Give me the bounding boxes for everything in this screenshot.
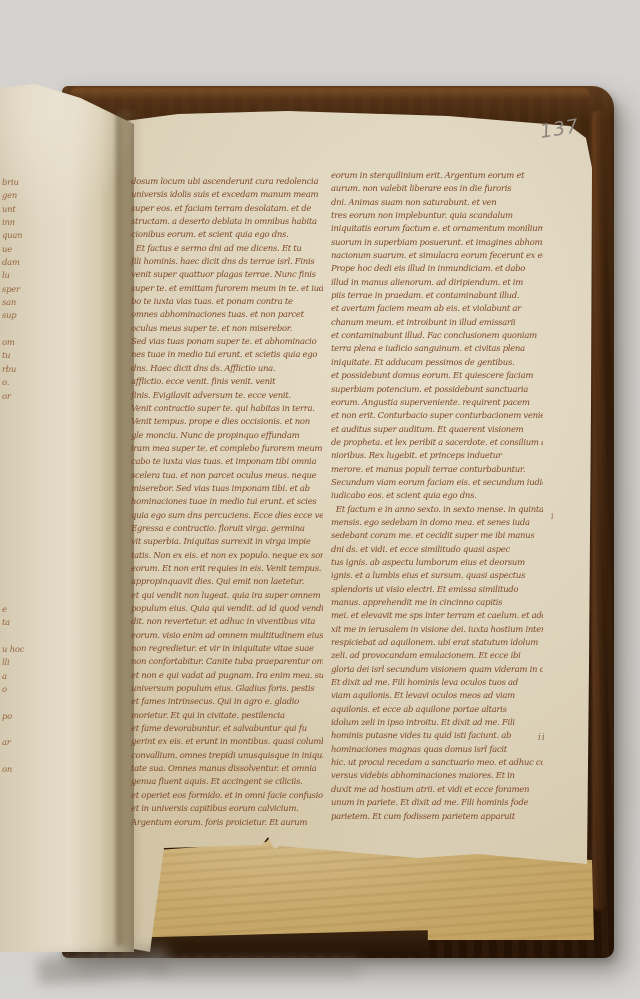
fragment-line: ta: [2, 616, 62, 629]
leather-top-edge: [70, 88, 590, 102]
fragment-line: om: [2, 336, 62, 349]
fragment-line: lu: [2, 269, 62, 282]
photo-background: briugenuntinnquanuedamluspersansup omtur…: [0, 0, 640, 999]
manuscript-line: Et dixit ad me. Fili hominis leva oculos…: [331, 677, 543, 690]
fragment-line: [2, 563, 62, 576]
fragment-line: inn: [2, 216, 62, 229]
manuscript-line: versus videbis abhominaciones maiores. E…: [331, 770, 543, 783]
manuscript-line: et non erit. Conturbacio super conturbac…: [331, 410, 543, 423]
fragment-line: [2, 496, 62, 509]
manuscript-line: eorum. visio enim ad omnem multitudinem …: [131, 630, 323, 643]
manuscript-line: non regredietur. et vir in iniquitate vi…: [131, 643, 323, 656]
fragment-line: [2, 750, 62, 763]
fragment-line: lli: [2, 656, 62, 669]
manuscript-line: et possidebunt domus eorum. Et quiescere…: [331, 370, 543, 383]
manuscript-line: hominaciones magnas quas domus isrl faci…: [331, 744, 543, 757]
manuscript-line: convallium. omnes trepidi unusquisque in…: [131, 750, 323, 763]
photo-of-manuscript: { "photo": { "folio_number": "137", "mar…: [0, 0, 640, 999]
manuscript-line: et in universis capitibus eorum calviciu…: [131, 803, 323, 816]
fragment-line: rbu: [2, 363, 62, 376]
manuscript-line: hic. ut procul recedam a sanctuario meo.…: [331, 757, 543, 770]
manuscript-line: piis terrae in praedam. et contaminabunt…: [331, 290, 543, 303]
fragment-line: o.: [2, 376, 62, 389]
fragment-line: a: [2, 670, 62, 683]
manuscript-line: gle monciu. Nunc de propinquo effundam: [131, 430, 323, 443]
fragment-line: po: [2, 710, 62, 723]
fragment-line: on: [2, 763, 62, 776]
fragment-line: [2, 470, 62, 483]
manuscript-line: manus. apprehendit me in cincinno capiti…: [331, 597, 543, 610]
manuscript-line: vit superbia. Iniquitas surrexit in virg…: [131, 536, 323, 549]
manuscript-line: tres eorum non implebuntur. quia scandal…: [331, 210, 543, 223]
cast-shadow: [150, 958, 360, 976]
manuscript-line: superbiam potencium. et possidebunt sanc…: [331, 384, 543, 397]
manuscript-line: hominaciones tuae in medio tui erunt. et…: [131, 496, 323, 509]
fragment-line: briu: [2, 176, 62, 189]
manuscript-line: et contaminabunt illud. Fac conclusionem…: [331, 330, 543, 343]
manuscript-line: et operiet eos formido. et in omni facie…: [131, 790, 323, 803]
manuscript-line: splendoris ut visio electri. Et emissa s…: [331, 584, 543, 597]
manuscript-line: et avertam faciem meam ab eis. et violab…: [331, 303, 543, 316]
fragment-line: sper: [2, 283, 62, 296]
manuscript-line: terra plena e iudicio sanguinum. et civi…: [331, 343, 543, 356]
fragment-line: [2, 443, 62, 456]
fragment-line: ue: [2, 243, 62, 256]
fragment-line: dam: [2, 256, 62, 269]
manuscript-line: de propheta. et lex peribit a sacerdote.…: [331, 437, 543, 450]
manuscript-line: sedebant coram me. et cecidit super me i…: [331, 530, 543, 543]
manuscript-line: Prope hoc dedi eis illud in inmundiciam.…: [331, 263, 543, 276]
manuscript-line: tate sua. Omnes manus dissolventur. et o…: [131, 763, 323, 776]
manuscript-line: eorum in sterquilinium erit. Argentum eo…: [331, 170, 543, 183]
manuscript-line: dni. Animas suam non saturabunt. et ven: [331, 197, 543, 210]
manuscript-line: cabo te iuxta vias tuas. et imponam tibi…: [131, 456, 323, 469]
manuscript-line: aurum. non valebit liberare eos in die f…: [331, 183, 543, 196]
fragment-line: o: [2, 683, 62, 696]
fragment-line: sup: [2, 309, 62, 322]
fragment-line: e: [2, 603, 62, 616]
previous-page-text-fragments: briugenuntinnquanuedamluspersansup omtur…: [2, 176, 62, 817]
manuscript-line: nes tuae in medio tui erunt. et scietis …: [131, 349, 323, 362]
manuscript-line: morietur. Et qui in civitate. pestilenci…: [131, 710, 323, 723]
manuscript-line: eorum. Angustia superveniente. requirent…: [331, 397, 543, 410]
manuscript-line: mensis. ego sedebam in domo mea. et sene…: [331, 517, 543, 530]
manuscript-line: iram mea super te. et complebo furorem m…: [131, 443, 323, 456]
leather-right-edge: [592, 110, 606, 910]
fragment-line: tu: [2, 349, 62, 362]
manuscript-line: iniquitatis eorum factum e. et ornamentu…: [331, 223, 543, 236]
manuscript-line: Venit tempus. prope e dies occisionis. e…: [131, 416, 323, 429]
fragment-line: [2, 416, 62, 429]
manuscript-line: Argentum eorum. foris proicietur. Et aur…: [131, 817, 323, 830]
fragment-line: san: [2, 296, 62, 309]
fragment-line: [2, 510, 62, 523]
manuscript-line: iudicabo eos. et scient quia ego dns.: [331, 490, 543, 503]
manuscript-line: fili hominis. haec dicit dns ds terrae i…: [131, 256, 323, 269]
manuscript-line: populum eius. Quia qui vendit. ad id quo…: [131, 603, 323, 616]
fragment-line: u hoc: [2, 643, 62, 656]
manuscript-line: aquilonis. et ecce ab aquilone portae al…: [331, 704, 543, 717]
manuscript-line: dns. Haec dicit dns ds. Afflictio una.: [131, 363, 323, 376]
manuscript-line: oculus meus super te. et non miserebor.: [131, 323, 323, 336]
fragment-line: [2, 723, 62, 736]
manuscript-line: quia ego sum dns percuciens. Ecce dies e…: [131, 510, 323, 523]
manuscript-line: dosum locum ubi ascenderunt cura redolen…: [131, 176, 323, 189]
manuscript-line: et non e qui vadat ad pugnam. Ira enim m…: [131, 670, 323, 683]
manuscript-line: et fames intrinsecus. Qui in agro e. gla…: [131, 696, 323, 709]
fragment-line: [2, 576, 62, 589]
manuscript-line: super te. et emittam furorem meum in te.…: [131, 283, 323, 296]
manuscript-line: hominis putasne vides tu quid isti faciu…: [331, 730, 543, 743]
fragment-line: [2, 803, 62, 816]
manuscript-line: cionibus eorum. et scient quia ego dns.: [131, 229, 323, 242]
fragment-line: [2, 323, 62, 336]
margin-mark-upper: i: [551, 512, 554, 521]
manuscript-line: et auditus super auditum. Et quaerent vi…: [331, 424, 543, 437]
fragment-line: quan: [2, 229, 62, 242]
manuscript-line: mei. et elevavit me sps inter terram et …: [331, 610, 543, 623]
manuscript-line: merore. et manus populi terrae conturbab…: [331, 464, 543, 477]
manuscript-line: suorum in superbiam posuerunt. et imagin…: [331, 237, 543, 250]
manuscript-line: omnes abhominaciones tuas. et non parcet: [131, 309, 323, 322]
manuscript-line: parietem. Et cum fodissem parietem appar…: [331, 811, 543, 824]
fragment-line: [2, 456, 62, 469]
manuscript-line: scelera tua. et non parcet oculus meus. …: [131, 470, 323, 483]
manuscript-line: chanum meum. et introibunt in illud emis…: [331, 317, 543, 330]
text-column-left: dosum locum ubi ascenderunt cura redolen…: [131, 176, 323, 836]
manuscript-line: gloria dei isrl secundum visionem quam v…: [331, 664, 543, 677]
manuscript-line: idolum zeli in ipso introitu. Et dixit a…: [331, 717, 543, 730]
fragment-line: [2, 696, 62, 709]
manuscript-line: zeli. ad provocandam emulacionem. Et ecc…: [331, 650, 543, 663]
manuscript-line: et qui vendit non lugeat. quia ira super…: [131, 590, 323, 603]
manuscript-line: duxit me ad hostium atrii. et vidi et ec…: [331, 784, 543, 797]
manuscript-line: miserebor. Sed vias tuas imponam tibi. e…: [131, 483, 323, 496]
margin-mark-lower: ii: [538, 733, 546, 743]
manuscript-line: Venit contractio super te. qui habitas i…: [131, 403, 323, 416]
fragment-line: [2, 403, 62, 416]
manuscript-line: tus ignis. ab aspectu lumborum eius et d…: [331, 557, 543, 570]
fragment-line: [2, 523, 62, 536]
manuscript-line: nioribus. Rex lugebit. et princeps indue…: [331, 450, 543, 463]
manuscript-line: iniquitate. Et adducam pessimos de genti…: [331, 357, 543, 370]
manuscript-line: et fame devorabuntur. et salvabuntur qui…: [131, 723, 323, 736]
manuscript-line: structam. a deserto deblata in omnibus h…: [131, 216, 323, 229]
manuscript-line: tatis. Non ex eis. et non ex populo. neq…: [131, 550, 323, 563]
manuscript-line: ignis. et a lumbis eius et sursum. quasi…: [331, 570, 543, 583]
manuscript-line: unum in pariete. Et dixit ad me. Fili ho…: [331, 797, 543, 810]
manuscript-line: genua fluent aquis. Et accingent se cili…: [131, 776, 323, 789]
manuscript-line: Et factum e in anno sexto. in sexto mens…: [331, 504, 543, 517]
manuscript-line: xit me in ierusalem in visione dei. iuxt…: [331, 624, 543, 637]
manuscript-line: nacionum suarum. et simulacra eorum fece…: [331, 250, 543, 263]
manuscript-line: afflictio. ecce venit. finis venit. veni…: [131, 376, 323, 389]
manuscript-line: viam aquilonis. Et levavi oculos meos ad…: [331, 690, 543, 703]
manuscript-line: eorum. Et non erit requies in eis. Venit…: [131, 563, 323, 576]
manuscript-line: bo te iuxta vias tuas. et ponam contra t…: [131, 296, 323, 309]
fragment-line: unt: [2, 203, 62, 216]
manuscript-line: venit super quattuor plagas terrae. Nunc…: [131, 269, 323, 282]
fragment-line: [2, 790, 62, 803]
manuscript-line: super eos. et faciam terram desolatam. e…: [131, 203, 323, 216]
manuscript-line: gerint ex eis. et erunt in montibus. qua…: [131, 736, 323, 749]
fragment-line: [2, 430, 62, 443]
manuscript-line: finis. Evigilavit adversum te. ecce veni…: [131, 390, 323, 403]
fragment-line: [2, 536, 62, 549]
fragment-line: [2, 776, 62, 789]
text-column-right: eorum in sterquilinium erit. Argentum eo…: [331, 170, 543, 850]
manuscript-line: illud in manus alienorum. ad diripiendum…: [331, 277, 543, 290]
fragment-line: [2, 630, 62, 643]
fragment-line: gen: [2, 189, 62, 202]
manuscript-line: dit. non revertetur. et adhuc in viventi…: [131, 616, 323, 629]
fragment-line: [2, 550, 62, 563]
manuscript-line: Secundum viam eorum faciam eis. et secun…: [331, 477, 543, 490]
manuscript-line: Sed vias tuas ponam super te. et abhomin…: [131, 336, 323, 349]
manuscript-line: appropinquavit dies. Qui emit non laetet…: [131, 576, 323, 589]
manuscript-line: universis idolis suis et excedam manum m…: [131, 189, 323, 202]
manuscript-line: Egressa e contractio. floruit virga. ger…: [131, 523, 323, 536]
manuscript-line: universum populum eius. Gladius foris. p…: [131, 683, 323, 696]
manuscript-line: non confortabitur. Canite tuba praeparen…: [131, 656, 323, 669]
fragment-line: [2, 590, 62, 603]
fragment-line: ar: [2, 736, 62, 749]
manuscript-line: dni ds. et vidi. et ecce similitudo quas…: [331, 544, 543, 557]
manuscript-line: Et factus e sermo dni ad me dicens. Et t…: [131, 243, 323, 256]
fragment-line: [2, 483, 62, 496]
fragment-line: or: [2, 390, 62, 403]
manuscript-line: respiciebat ad aquilonem. ubi erat statu…: [331, 637, 543, 650]
